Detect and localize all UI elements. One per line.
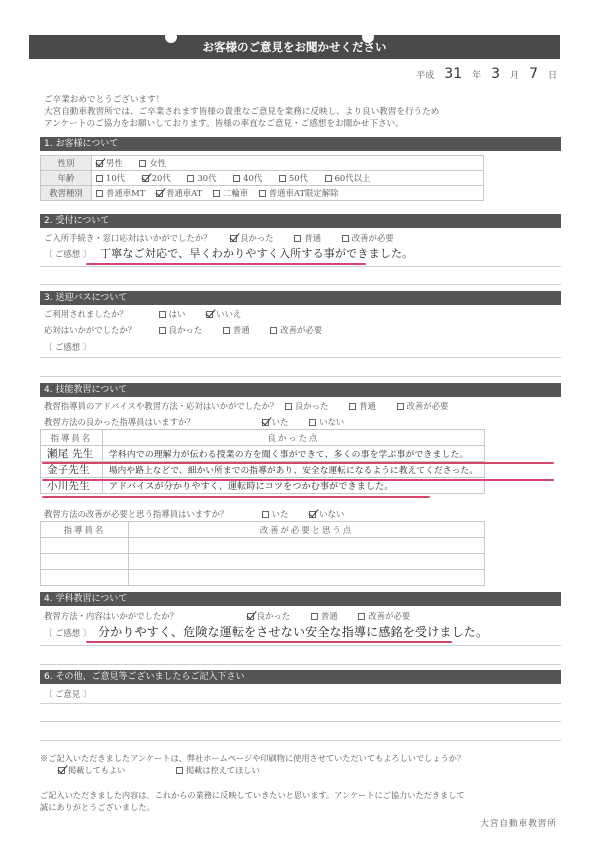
checkbox-icon[interactable] bbox=[96, 190, 103, 197]
checkbox-icon[interactable] bbox=[223, 327, 230, 334]
option-label: 良かった bbox=[295, 401, 329, 411]
checkbox-icon[interactable] bbox=[349, 403, 356, 410]
shuttle-no-option[interactable]: いいえ bbox=[206, 308, 241, 320]
gender-male-option[interactable]: 男性 bbox=[96, 157, 123, 169]
red-underline bbox=[86, 641, 452, 643]
divider bbox=[40, 284, 561, 285]
shuttle-improve-option[interactable]: 改善が必要 bbox=[270, 324, 322, 336]
option-label: 普通車MT bbox=[106, 188, 145, 198]
checkbox-icon[interactable] bbox=[96, 175, 103, 182]
checkbox-icon[interactable] bbox=[233, 175, 240, 182]
reception-question: ご入所手続き・窓口応対はいかがでしたか？ bbox=[44, 233, 212, 243]
checkbox-icon[interactable] bbox=[259, 190, 266, 197]
academic-normal-option[interactable]: 普通 bbox=[311, 610, 338, 622]
reception-improve-option[interactable]: 改善が必要 bbox=[342, 232, 394, 244]
option-label: 普通 bbox=[321, 611, 338, 621]
option-label: 60代以上 bbox=[335, 173, 371, 183]
shuttle-used-row: ご利用されましたか？ はい いいえ bbox=[44, 308, 259, 320]
age-50s-option[interactable]: 50代 bbox=[279, 172, 308, 184]
option-label: いた bbox=[272, 417, 289, 427]
good-instructor-yes-option[interactable]: いた bbox=[262, 416, 289, 428]
improve-instructor-no-option[interactable]: いない bbox=[309, 508, 344, 520]
intro-line: ご卒業おめでとうございます！ bbox=[44, 94, 564, 106]
date-year[interactable]: 31 bbox=[444, 66, 462, 82]
date-era: 平成 bbox=[416, 71, 434, 81]
age-20s-option[interactable]: 20代 bbox=[142, 172, 171, 184]
thanks-line: 誠にありがとうございました。 bbox=[40, 801, 560, 813]
improve-point-cell[interactable] bbox=[129, 570, 485, 586]
option-label: 良かった bbox=[240, 233, 274, 243]
age-40s-option[interactable]: 40代 bbox=[233, 172, 262, 184]
checkbox-icon[interactable] bbox=[325, 175, 332, 182]
other-comment-line[interactable] bbox=[40, 703, 561, 704]
consent-decline-option[interactable]: 掲載は控えてほしい bbox=[176, 764, 260, 776]
option-label: はい bbox=[169, 309, 186, 319]
shuttle-used-question: ご利用されましたか？ bbox=[44, 308, 156, 320]
checkbox-checked-icon[interactable] bbox=[96, 160, 103, 167]
advice-good-option[interactable]: 良かった bbox=[285, 400, 329, 412]
checkbox-icon[interactable] bbox=[213, 190, 220, 197]
other-comment-label: 〔 ご意見 〕 bbox=[44, 688, 91, 700]
age-10s-option[interactable]: 10代 bbox=[96, 172, 125, 184]
table-header-row: 指導員名 改善が必要と思う点 bbox=[41, 522, 485, 538]
red-underline bbox=[86, 263, 366, 265]
reception-comment-field[interactable]: 丁寧なご対応で、早くわかりやすく入所する事ができました。 bbox=[100, 245, 413, 261]
option-label: 女性 bbox=[149, 158, 166, 168]
checkbox-icon[interactable] bbox=[139, 160, 146, 167]
column-header: 指導員名 bbox=[41, 430, 103, 446]
date-day[interactable]: 7 bbox=[529, 66, 538, 82]
school-signature: 大宮自動車教習所 bbox=[480, 817, 557, 829]
year-label: 年 bbox=[472, 71, 481, 81]
table-header-row: 指導員名 良かった点 bbox=[41, 430, 485, 446]
section-customer-header: 1. お客様について bbox=[40, 137, 561, 151]
reception-comment-label: 〔 ご感想 〕 bbox=[44, 248, 91, 260]
other-comment-line[interactable] bbox=[40, 740, 561, 741]
academic-comment-field[interactable]: 分かりやすく、危険な運転をさせない安全な指導に感銘を受けました。 bbox=[98, 623, 488, 640]
option-label: いた bbox=[272, 509, 289, 519]
age-30s-option[interactable]: 30代 bbox=[187, 172, 216, 184]
shuttle-service-row: 応対はいかがでしたか？ 良かった 普通 改善が必要 bbox=[44, 324, 340, 336]
thanks-line: ご記入いただきました内容は、これからの業務に反映していきたいと思います。アンケー… bbox=[40, 789, 560, 801]
option-label: 30代 bbox=[197, 173, 216, 183]
academic-improve-option[interactable]: 改善が必要 bbox=[358, 610, 410, 622]
customer-info-table: 性別 男性 女性 年齢 10代 20代 30代 40代 50代 60代以上 教習… bbox=[40, 155, 484, 201]
course-type-row: 教習種別 普通車MT 普通車AT 二輪車 普通車AT限定解除 bbox=[41, 186, 484, 201]
reception-question-row: ご入所手続き・窓口応対はいかがでしたか？ 良かった 普通 改善が必要 bbox=[44, 232, 412, 244]
intro-line: 大宮自動車教習所では、ご卒業されます皆様の貴重なご意見を業務に反映し、より良い教… bbox=[44, 106, 564, 118]
improve-instructor-yes-option[interactable]: いた bbox=[262, 508, 289, 520]
shuttle-comment-line[interactable] bbox=[40, 357, 561, 358]
consent-block: ※ご記入いただきましたアンケートは、弊社ホームページや印刷物に使用させていただい… bbox=[40, 752, 465, 776]
red-underline bbox=[42, 462, 554, 464]
column-header: 改善が必要と思う点 bbox=[129, 522, 485, 538]
section-other-header: 6. その他、ご意見等ございましたらご記入下さい bbox=[40, 670, 561, 684]
divider bbox=[40, 266, 561, 267]
checkbox-icon[interactable] bbox=[187, 175, 194, 182]
checkbox-checked-icon[interactable] bbox=[230, 235, 237, 242]
other-comment-line[interactable] bbox=[40, 721, 561, 722]
option-label: 50代 bbox=[289, 173, 308, 183]
option-label: 20代 bbox=[152, 173, 171, 183]
day-label: 日 bbox=[548, 71, 557, 81]
good-instructor-no-option[interactable]: いない bbox=[309, 416, 344, 428]
advice-normal-option[interactable]: 普通 bbox=[349, 400, 376, 412]
option-label: 普通車AT bbox=[166, 188, 202, 198]
thanks-text: ご記入いただきました内容は、これからの業務に反映していきたいと思います。アンケー… bbox=[40, 789, 560, 813]
academic-question-row: 教習方法・内容はいかがでしたか？ 良かった 普通 改善が必要 bbox=[44, 610, 428, 622]
advice-improve-option[interactable]: 改善が必要 bbox=[397, 400, 449, 412]
checkbox-icon[interactable] bbox=[358, 613, 365, 620]
option-label: 掲載してもよい bbox=[68, 765, 125, 775]
consent-question: ※ご記入いただきましたアンケートは、弊社ホームページや印刷物に使用させていただい… bbox=[40, 752, 465, 764]
punch-hole-left bbox=[165, 31, 177, 43]
instructor-name-cell[interactable] bbox=[41, 554, 129, 570]
course-at-option[interactable]: 普通車AT bbox=[156, 187, 202, 199]
gender-row: 性別 男性 女性 bbox=[41, 156, 484, 171]
course-type-label: 教習種別 bbox=[41, 186, 92, 201]
section-reception-header: 2. 受付について bbox=[40, 214, 561, 228]
consent-allow-option[interactable]: 掲載してもよい bbox=[58, 764, 125, 776]
intro-line: アンケートのご協力をお願いしております。皆様の率直なご意見・ご感想をお聞かせ下さ… bbox=[44, 118, 564, 130]
checkbox-icon[interactable] bbox=[294, 235, 301, 242]
checkbox-checked-icon[interactable] bbox=[58, 767, 65, 774]
checkbox-checked-icon[interactable] bbox=[206, 311, 213, 318]
table-row bbox=[41, 554, 485, 570]
checkbox-icon[interactable] bbox=[342, 235, 349, 242]
option-label: 改善が必要 bbox=[352, 233, 394, 243]
option-label: 10代 bbox=[106, 173, 125, 183]
option-label: 普通 bbox=[233, 325, 250, 335]
instructor-advice-row: 教習指導員のアドバイスや教習方法・応対はいかがでしたか？ 良かった 普通 改善が… bbox=[44, 400, 466, 412]
option-label: 改善が必要 bbox=[368, 611, 410, 621]
table-row bbox=[41, 538, 485, 554]
shuttle-normal-option[interactable]: 普通 bbox=[223, 324, 250, 336]
checkbox-icon[interactable] bbox=[159, 327, 166, 334]
instructor-name-cell[interactable] bbox=[41, 538, 129, 554]
option-label: 改善が必要 bbox=[407, 401, 449, 411]
option-label: いない bbox=[319, 509, 344, 519]
checkbox-icon[interactable] bbox=[285, 403, 292, 410]
section-shuttle-header: 3. 送迎バスについて bbox=[40, 291, 561, 305]
option-label: 40代 bbox=[243, 173, 262, 183]
shuttle-comment-label: 〔 ご感想 〕 bbox=[44, 341, 91, 353]
improve-point-cell[interactable] bbox=[129, 538, 485, 554]
instructor-name-cell[interactable]: 瀬尾 先生 bbox=[41, 446, 103, 462]
shuttle-good-option[interactable]: 良かった bbox=[159, 324, 203, 336]
age-60plus-option[interactable]: 60代以上 bbox=[325, 172, 371, 184]
gender-label: 性別 bbox=[41, 156, 92, 171]
checkbox-checked-icon[interactable] bbox=[247, 613, 254, 620]
checkbox-icon[interactable] bbox=[397, 403, 404, 410]
checkbox-icon[interactable] bbox=[279, 175, 286, 182]
red-underline bbox=[42, 496, 430, 498]
reception-normal-option[interactable]: 普通 bbox=[294, 232, 321, 244]
course-motorcycle-option[interactable]: 二輪車 bbox=[213, 187, 248, 199]
option-label: 二輪車 bbox=[223, 188, 248, 198]
age-row: 年齢 10代 20代 30代 40代 50代 60代以上 bbox=[41, 171, 484, 186]
date-field: 平成31年3月7日 bbox=[416, 66, 557, 82]
column-header: 良かった点 bbox=[102, 430, 484, 446]
table-row bbox=[41, 570, 485, 586]
checkbox-icon[interactable] bbox=[270, 327, 277, 334]
checkbox-icon[interactable] bbox=[159, 311, 166, 318]
checkbox-icon[interactable] bbox=[311, 613, 318, 620]
divider bbox=[40, 376, 561, 377]
good-point-cell[interactable]: 学科内での理解力が伝わる授業の方を聞く事ができて、多くの事を学ぶ事ができました。 bbox=[102, 446, 484, 462]
option-label: 普通 bbox=[304, 233, 321, 243]
option-label: 普通 bbox=[359, 401, 376, 411]
course-at-release-option[interactable]: 普通車AT限定解除 bbox=[259, 187, 339, 199]
option-label: いいえ bbox=[216, 309, 241, 319]
table-row: 瀬尾 先生 学科内での理解力が伝わる授業の方を聞く事ができて、多くの事を学ぶ事が… bbox=[41, 446, 485, 462]
academic-question: 教習方法・内容はいかがでしたか？ bbox=[44, 610, 244, 622]
checkbox-checked-icon[interactable] bbox=[156, 190, 163, 197]
section-academic-header: 4. 学科教習について bbox=[40, 592, 561, 606]
shuttle-yes-option[interactable]: はい bbox=[159, 308, 186, 320]
checkbox-icon[interactable] bbox=[309, 419, 316, 426]
gender-female-option[interactable]: 女性 bbox=[139, 157, 166, 169]
date-month[interactable]: 3 bbox=[491, 66, 500, 82]
academic-good-option[interactable]: 良かった bbox=[247, 610, 291, 622]
intro-text: ご卒業おめでとうございます！ 大宮自動車教習所では、ご卒業されます皆様の貴重なご… bbox=[44, 94, 564, 130]
reception-good-option[interactable]: 良かった bbox=[230, 232, 274, 244]
instructor-name-cell[interactable] bbox=[41, 570, 129, 586]
option-label: 掲載は控えてほしい bbox=[186, 765, 260, 775]
section-practical-header: 4. 技能教習について bbox=[40, 383, 561, 397]
red-underline bbox=[42, 479, 554, 481]
course-mt-option[interactable]: 普通車MT bbox=[96, 187, 145, 199]
checkbox-checked-icon[interactable] bbox=[262, 419, 269, 426]
improve-instructor-question: 教習方法の改善が必要と思う指導員はいますか？ bbox=[44, 508, 259, 520]
improve-instructor-table: 指導員名 改善が必要と思う点 bbox=[40, 521, 485, 586]
month-label: 月 bbox=[510, 71, 519, 81]
academic-comment-label: 〔 ご感想 〕 bbox=[44, 627, 91, 639]
column-header: 指導員名 bbox=[41, 522, 129, 538]
good-instructor-row: 教習方法の良かった指導員はいますか？ いた いない bbox=[44, 416, 362, 428]
option-label: 改善が必要 bbox=[280, 325, 322, 335]
form-title: お客様のご意見をお聞かせください bbox=[29, 35, 560, 59]
option-label: 良かった bbox=[257, 611, 291, 621]
checkbox-checked-icon[interactable] bbox=[309, 511, 316, 518]
checkbox-icon[interactable] bbox=[176, 767, 183, 774]
checkbox-icon[interactable] bbox=[262, 511, 269, 518]
option-label: 良かった bbox=[169, 325, 203, 335]
improve-point-cell[interactable] bbox=[129, 554, 485, 570]
instructor-advice-question: 教習指導員のアドバイスや教習方法・応対はいかがでしたか？ bbox=[44, 401, 278, 411]
divider bbox=[40, 645, 561, 646]
option-label: 男性 bbox=[106, 158, 123, 168]
shuttle-service-question: 応対はいかがでしたか？ bbox=[44, 324, 156, 336]
age-label: 年齢 bbox=[41, 171, 92, 186]
punch-hole-right bbox=[362, 31, 374, 43]
good-instructor-question: 教習方法の良かった指導員はいますか？ bbox=[44, 416, 259, 428]
divider bbox=[40, 664, 561, 665]
improve-instructor-row: 教習方法の改善が必要と思う指導員はいますか？ いた いない bbox=[44, 508, 362, 520]
checkbox-checked-icon[interactable] bbox=[142, 175, 149, 182]
option-label: いない bbox=[319, 417, 344, 427]
option-label: 普通車AT限定解除 bbox=[269, 188, 339, 198]
